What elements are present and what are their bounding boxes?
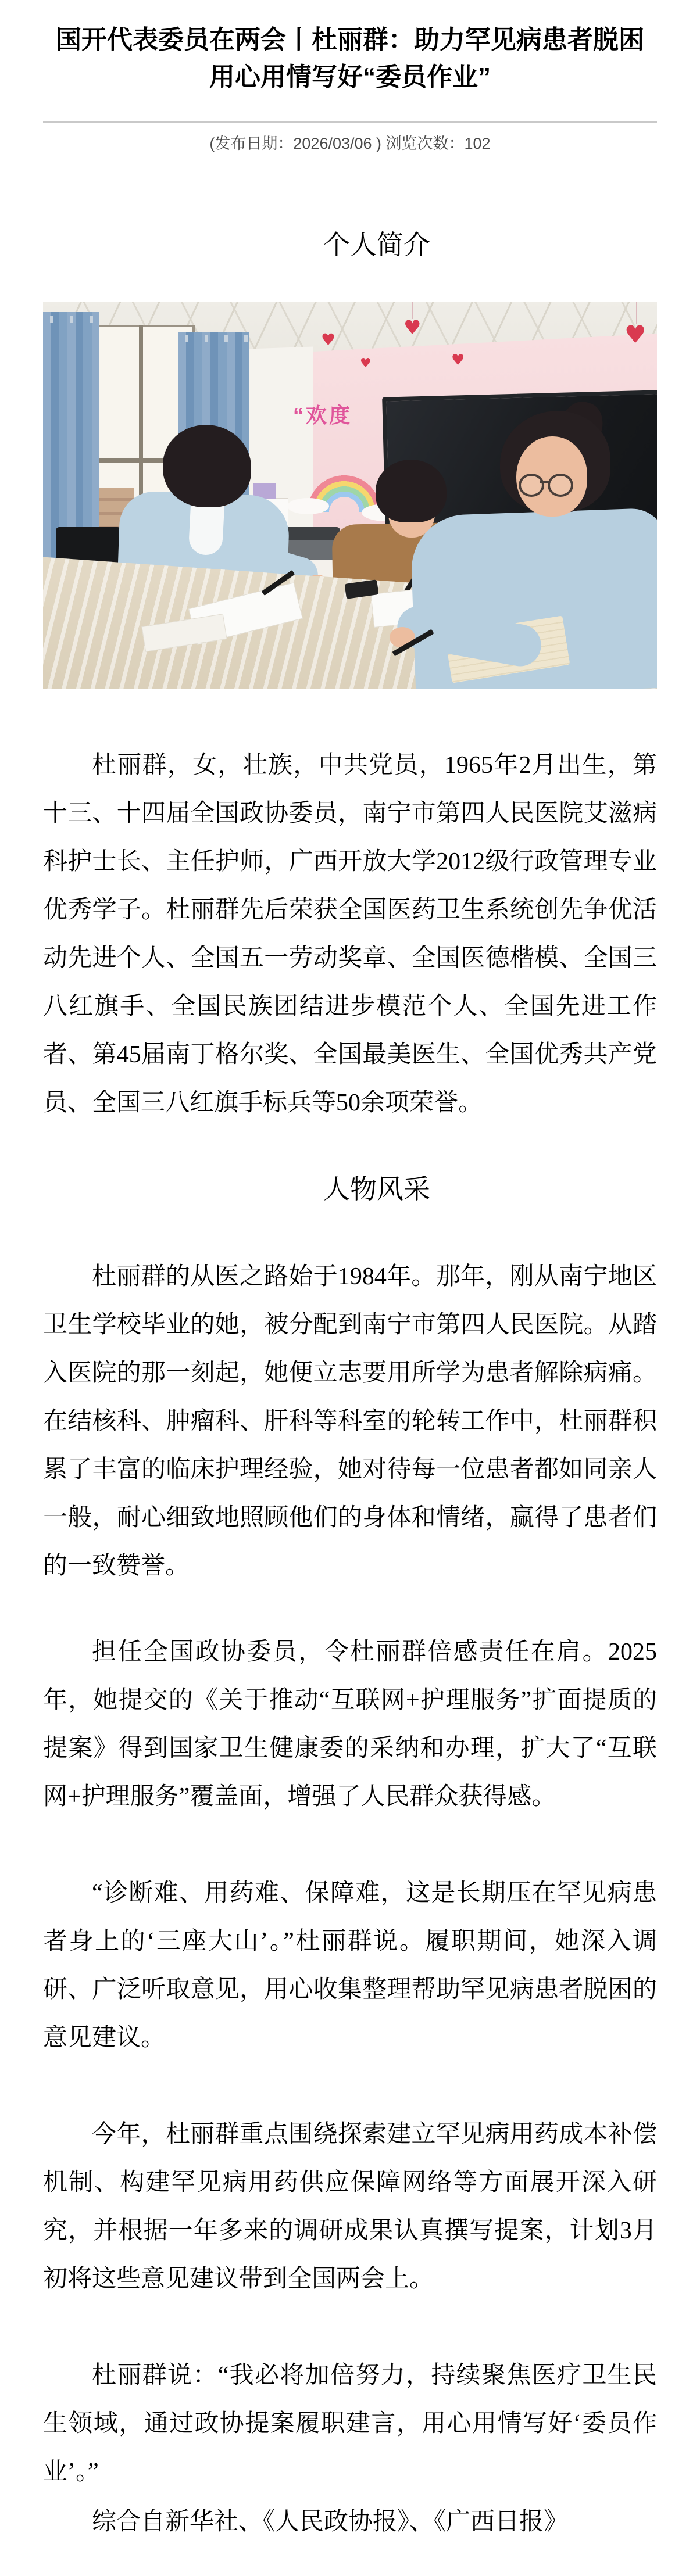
heart-icon: ♥ [451,353,465,368]
page-title: 国开代表委员在两会丨杜丽群：助力罕见病患者脱困 用心用情写好“委员作业” [49,22,651,96]
person-middle-hair [376,460,447,522]
glasses-lens [548,474,573,497]
heart-string [636,302,637,324]
person-left-hair [163,425,251,507]
person-left-collar [188,501,225,556]
paragraph-profile: 杜丽群，女，壮族，中共党员，1965年2月出生，第十三、十四届全国政协委员，南宁… [43,741,657,1127]
heart-icon: ♥ [403,318,421,338]
publish-meta: (发布日期：2026/03/06 ) 浏览次数：102 [43,132,657,155]
cloud-decoration [287,498,329,514]
glasses-lens [519,474,544,497]
title-divider [43,121,657,123]
section-heading-profile: 个人简介 [43,228,657,263]
glasses-bridge [540,481,549,483]
article-page: 国开代表委员在两会丨杜丽群：助力罕见病患者脱困 用心用情写好“委员作业” (发布… [0,0,700,2576]
heart-icon: ♥ [624,323,647,347]
heart-icon: ♥ [360,357,372,370]
heart-icon: ♥ [321,332,335,348]
paragraph-proposal-2025: 担任全国政协委员，令杜丽群倍感责任在肩。2025年，她提交的《关于推动“互联网+… [43,1628,657,1821]
paragraph-source: 综合自新华社、《人民政协报》、《广西日报》 [43,2498,657,2546]
paragraph-rare-disease: “诊断难、用药难、保障难，这是长期压在罕见病患者身上的‘三座大山’。”杜丽群说。… [43,1869,657,2062]
heart-string [412,302,413,319]
paragraph-this-year: 今年，杜丽群重点围绕探索建立罕见病用药成本补偿机制、构建罕见病用药供应保障网络等… [43,2111,657,2303]
wall-banner-text: “欢度 [293,399,352,429]
section-heading-style: 人物风采 [43,1172,657,1207]
paragraph-career-start: 杜丽群的从医之路始于1984年。那年，刚从南宁地区卫生学校毕业的她，被分配到南宁… [43,1253,657,1590]
paragraph-quote: 杜丽群说：“我必将加倍努力，持续聚焦医疗卫生民生领域，通过政协提案履职建言，用心… [43,2352,657,2496]
article-photo: “欢度 ♥ ♥ ♥ ♥ ♥ [43,302,657,689]
